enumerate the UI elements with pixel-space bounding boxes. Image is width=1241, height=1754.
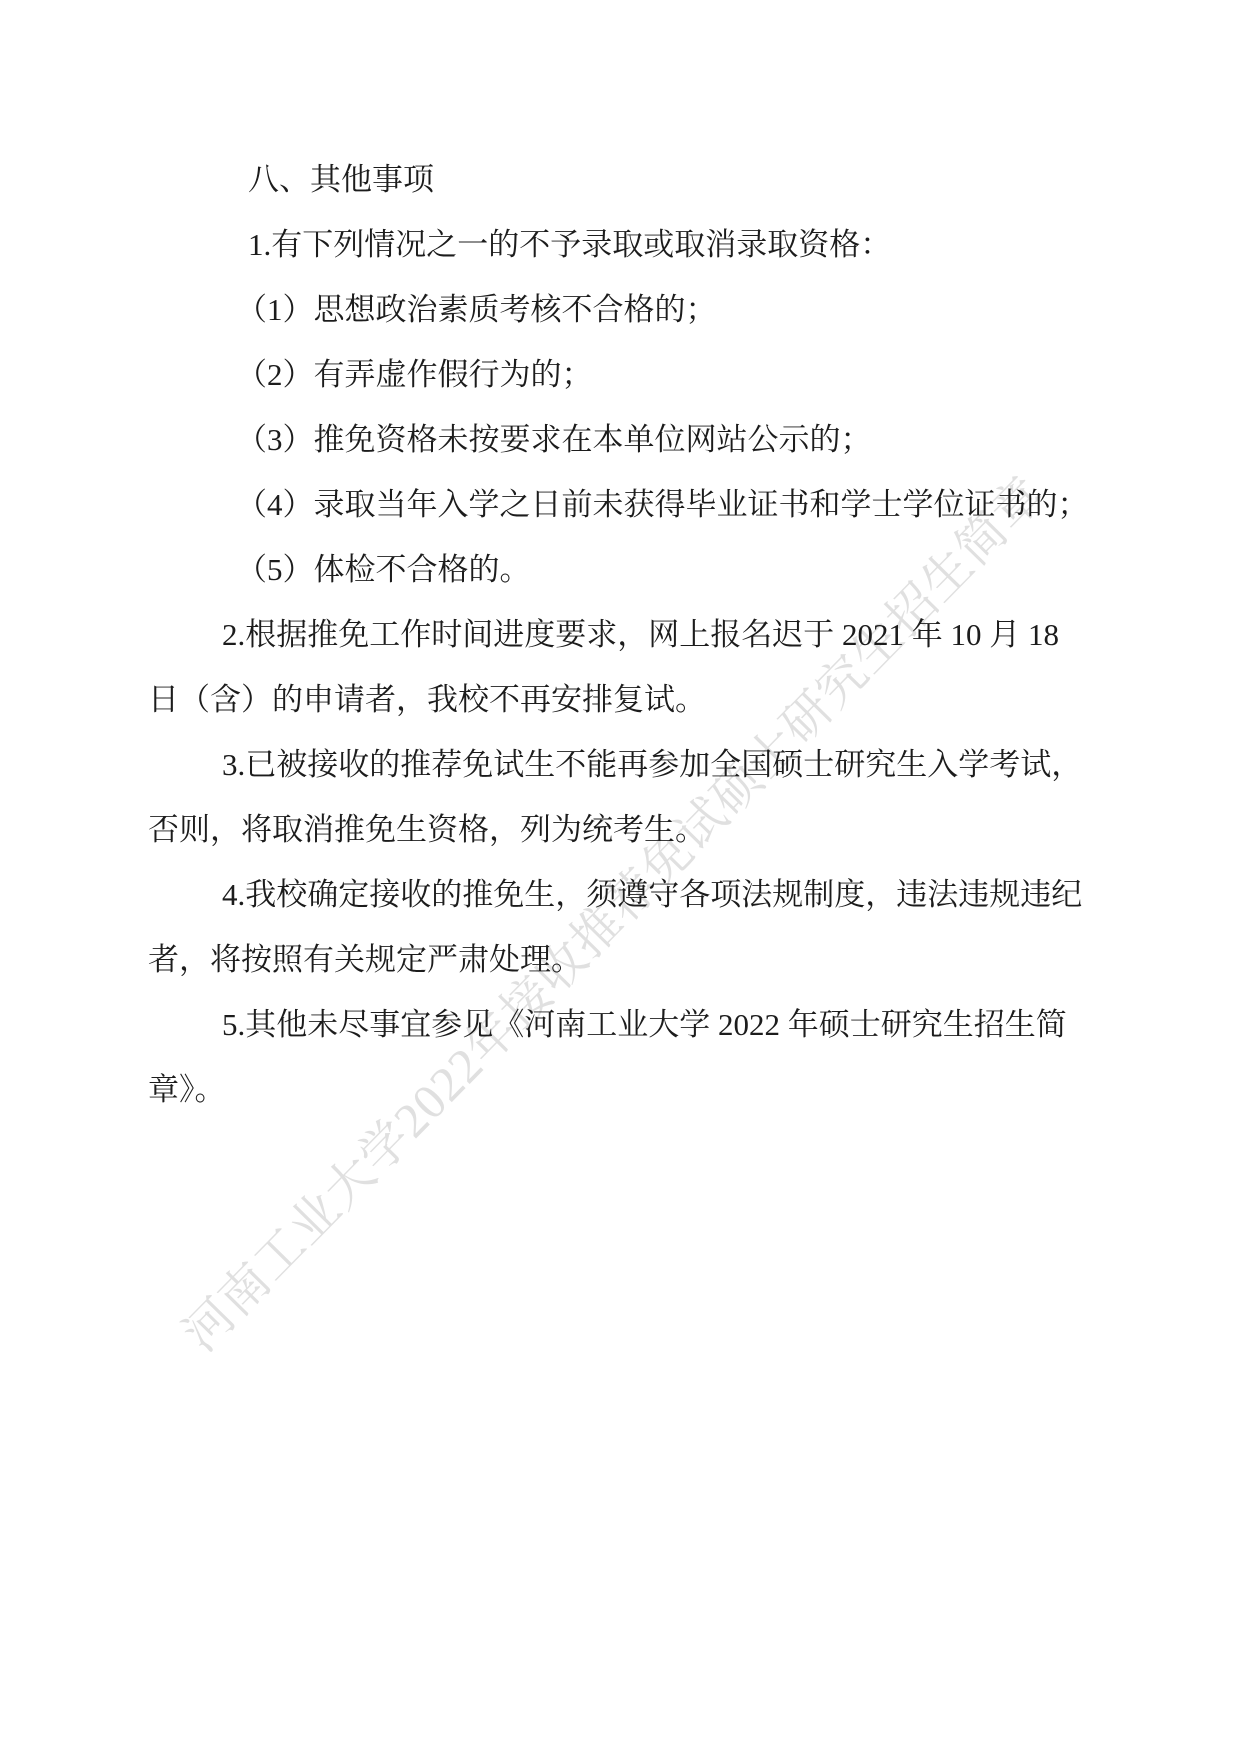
paragraph-item-4-line-1: 4.我校确定接收的推免生，须遵守各项法规制度，违法违规违纪 bbox=[148, 862, 1091, 927]
paragraph-item-2-line-2: 日（含）的申请者，我校不再安排复试。 bbox=[148, 667, 1091, 732]
sub-item-1: （1）思想政治素质考核不合格的； bbox=[148, 277, 1091, 342]
sub-item-3: （3）推免资格未按要求在本单位网站公示的； bbox=[148, 407, 1091, 472]
document-body: 八、其他事项 1.有下列情况之一的不予录取或取消录取资格： （1）思想政治素质考… bbox=[148, 147, 1091, 1122]
sub-item-4: （4）录取当年入学之日前未获得毕业证书和学士学位证书的； bbox=[148, 472, 1091, 537]
document-page: 河南工业大学2022年接收推荐免试硕士研究生招生简章 八、其他事项 1.有下列情… bbox=[0, 0, 1241, 1754]
paragraph-item-5-line-1: 5.其他未尽事宜参见《河南工业大学 2022 年硕士研究生招生简 bbox=[148, 992, 1091, 1057]
paragraph-item-5-line-2: 章》。 bbox=[148, 1057, 1091, 1122]
paragraph-item-2-line-1: 2.根据推免工作时间进度要求，网上报名迟于 2021 年 10 月 18 bbox=[148, 602, 1091, 667]
paragraph-item-3-line-1: 3.已被接收的推荐免试生不能再参加全国硕士研究生入学考试， bbox=[148, 732, 1091, 797]
sub-item-5: （5）体检不合格的。 bbox=[148, 537, 1091, 602]
sub-item-2: （2）有弄虚作假行为的； bbox=[148, 342, 1091, 407]
paragraph-item-1: 1.有下列情况之一的不予录取或取消录取资格： bbox=[148, 212, 1091, 277]
section-heading: 八、其他事项 bbox=[148, 147, 1091, 212]
paragraph-item-3-line-2: 否则，将取消推免生资格，列为统考生。 bbox=[148, 797, 1091, 862]
paragraph-item-4-line-2: 者，将按照有关规定严肃处理。 bbox=[148, 927, 1091, 992]
